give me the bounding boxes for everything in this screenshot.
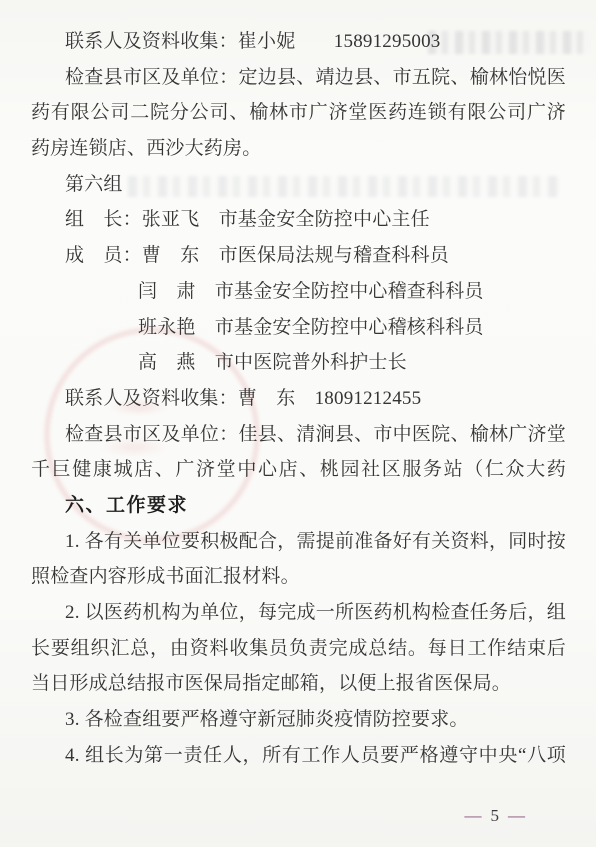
page-number-dash-right: —: [508, 806, 525, 825]
group-member-line-2: 闫 肃 市基金安全防控中心稽查科科员: [31, 274, 566, 310]
document-body: 联系人及资料收集：崔小妮 15891295003 检查县市区及单位：定边县、靖边…: [31, 24, 566, 773]
requirement-2-line3: 当日形成总结报市医保局指定邮箱，以便上报省医保局。: [31, 666, 566, 702]
group-member-line-1: 成 员：曹 东 市医保局法规与稽查科科员: [31, 238, 566, 274]
inspection-units-group5-line1: 检查县市区及单位：定边县、靖边县、市五院、榆林怡悦医: [31, 60, 566, 96]
requirement-3-line: 3. 各检查组要严格遵守新冠肺炎疫情防控要求。: [31, 702, 566, 738]
contact-collector-line-group5: 联系人及资料收集：崔小妮 15891295003: [31, 24, 566, 60]
scanned-document-page: 联系人及资料收集：崔小妮 15891295003 检查县市区及单位：定边县、靖边…: [0, 0, 596, 847]
page-number-dash-left: —: [465, 806, 482, 825]
page-number: —5—: [456, 806, 535, 826]
group-leader-line: 组 长：张亚飞 市基金安全防控中心主任: [31, 202, 566, 238]
requirement-1-line2: 照检查内容形成书面汇报材料。: [31, 559, 566, 595]
requirement-4-line: 4. 组长为第一责任人，所有工作人员要严格遵守中央“八项: [31, 738, 566, 774]
requirement-1-line1: 1. 各有关单位要积极配合，需提前准备好有关资料，同时按: [31, 524, 566, 560]
inspection-units-group6-line1: 检查县市区及单位：佳县、清涧县、市中医院、榆林广济堂: [31, 417, 566, 453]
contact-collector-line-group6: 联系人及资料收集：曹 东 18091212455: [31, 381, 566, 417]
requirement-2-line2: 长要组织汇总，由资料收集员负责完成总结。每日工作结束后将: [31, 631, 566, 667]
section-heading-work-requirements: 六、工作要求: [31, 488, 566, 524]
inspection-units-group6-line2: 千巨健康城店、广济堂中心店、桃园社区服务站（仁众大药房）。: [31, 452, 566, 488]
requirement-2-line1: 2. 以医药机构为单位，每完成一所医药机构检查任务后，组: [31, 595, 566, 631]
group-member-line-3: 班永艳 市基金安全防控中心稽核科科员: [31, 310, 566, 346]
inspection-units-group5-line2: 药有限公司二院分公司、榆林市广济堂医药连锁有限公司广济大: [31, 95, 566, 131]
inspection-units-group5-line3: 药房连锁店、西沙大药房。: [31, 131, 566, 167]
group-six-title: 第六组: [31, 167, 566, 203]
page-number-value: 5: [491, 806, 500, 825]
group-member-line-4: 高 燕 市中医院普外科护士长: [31, 345, 566, 381]
